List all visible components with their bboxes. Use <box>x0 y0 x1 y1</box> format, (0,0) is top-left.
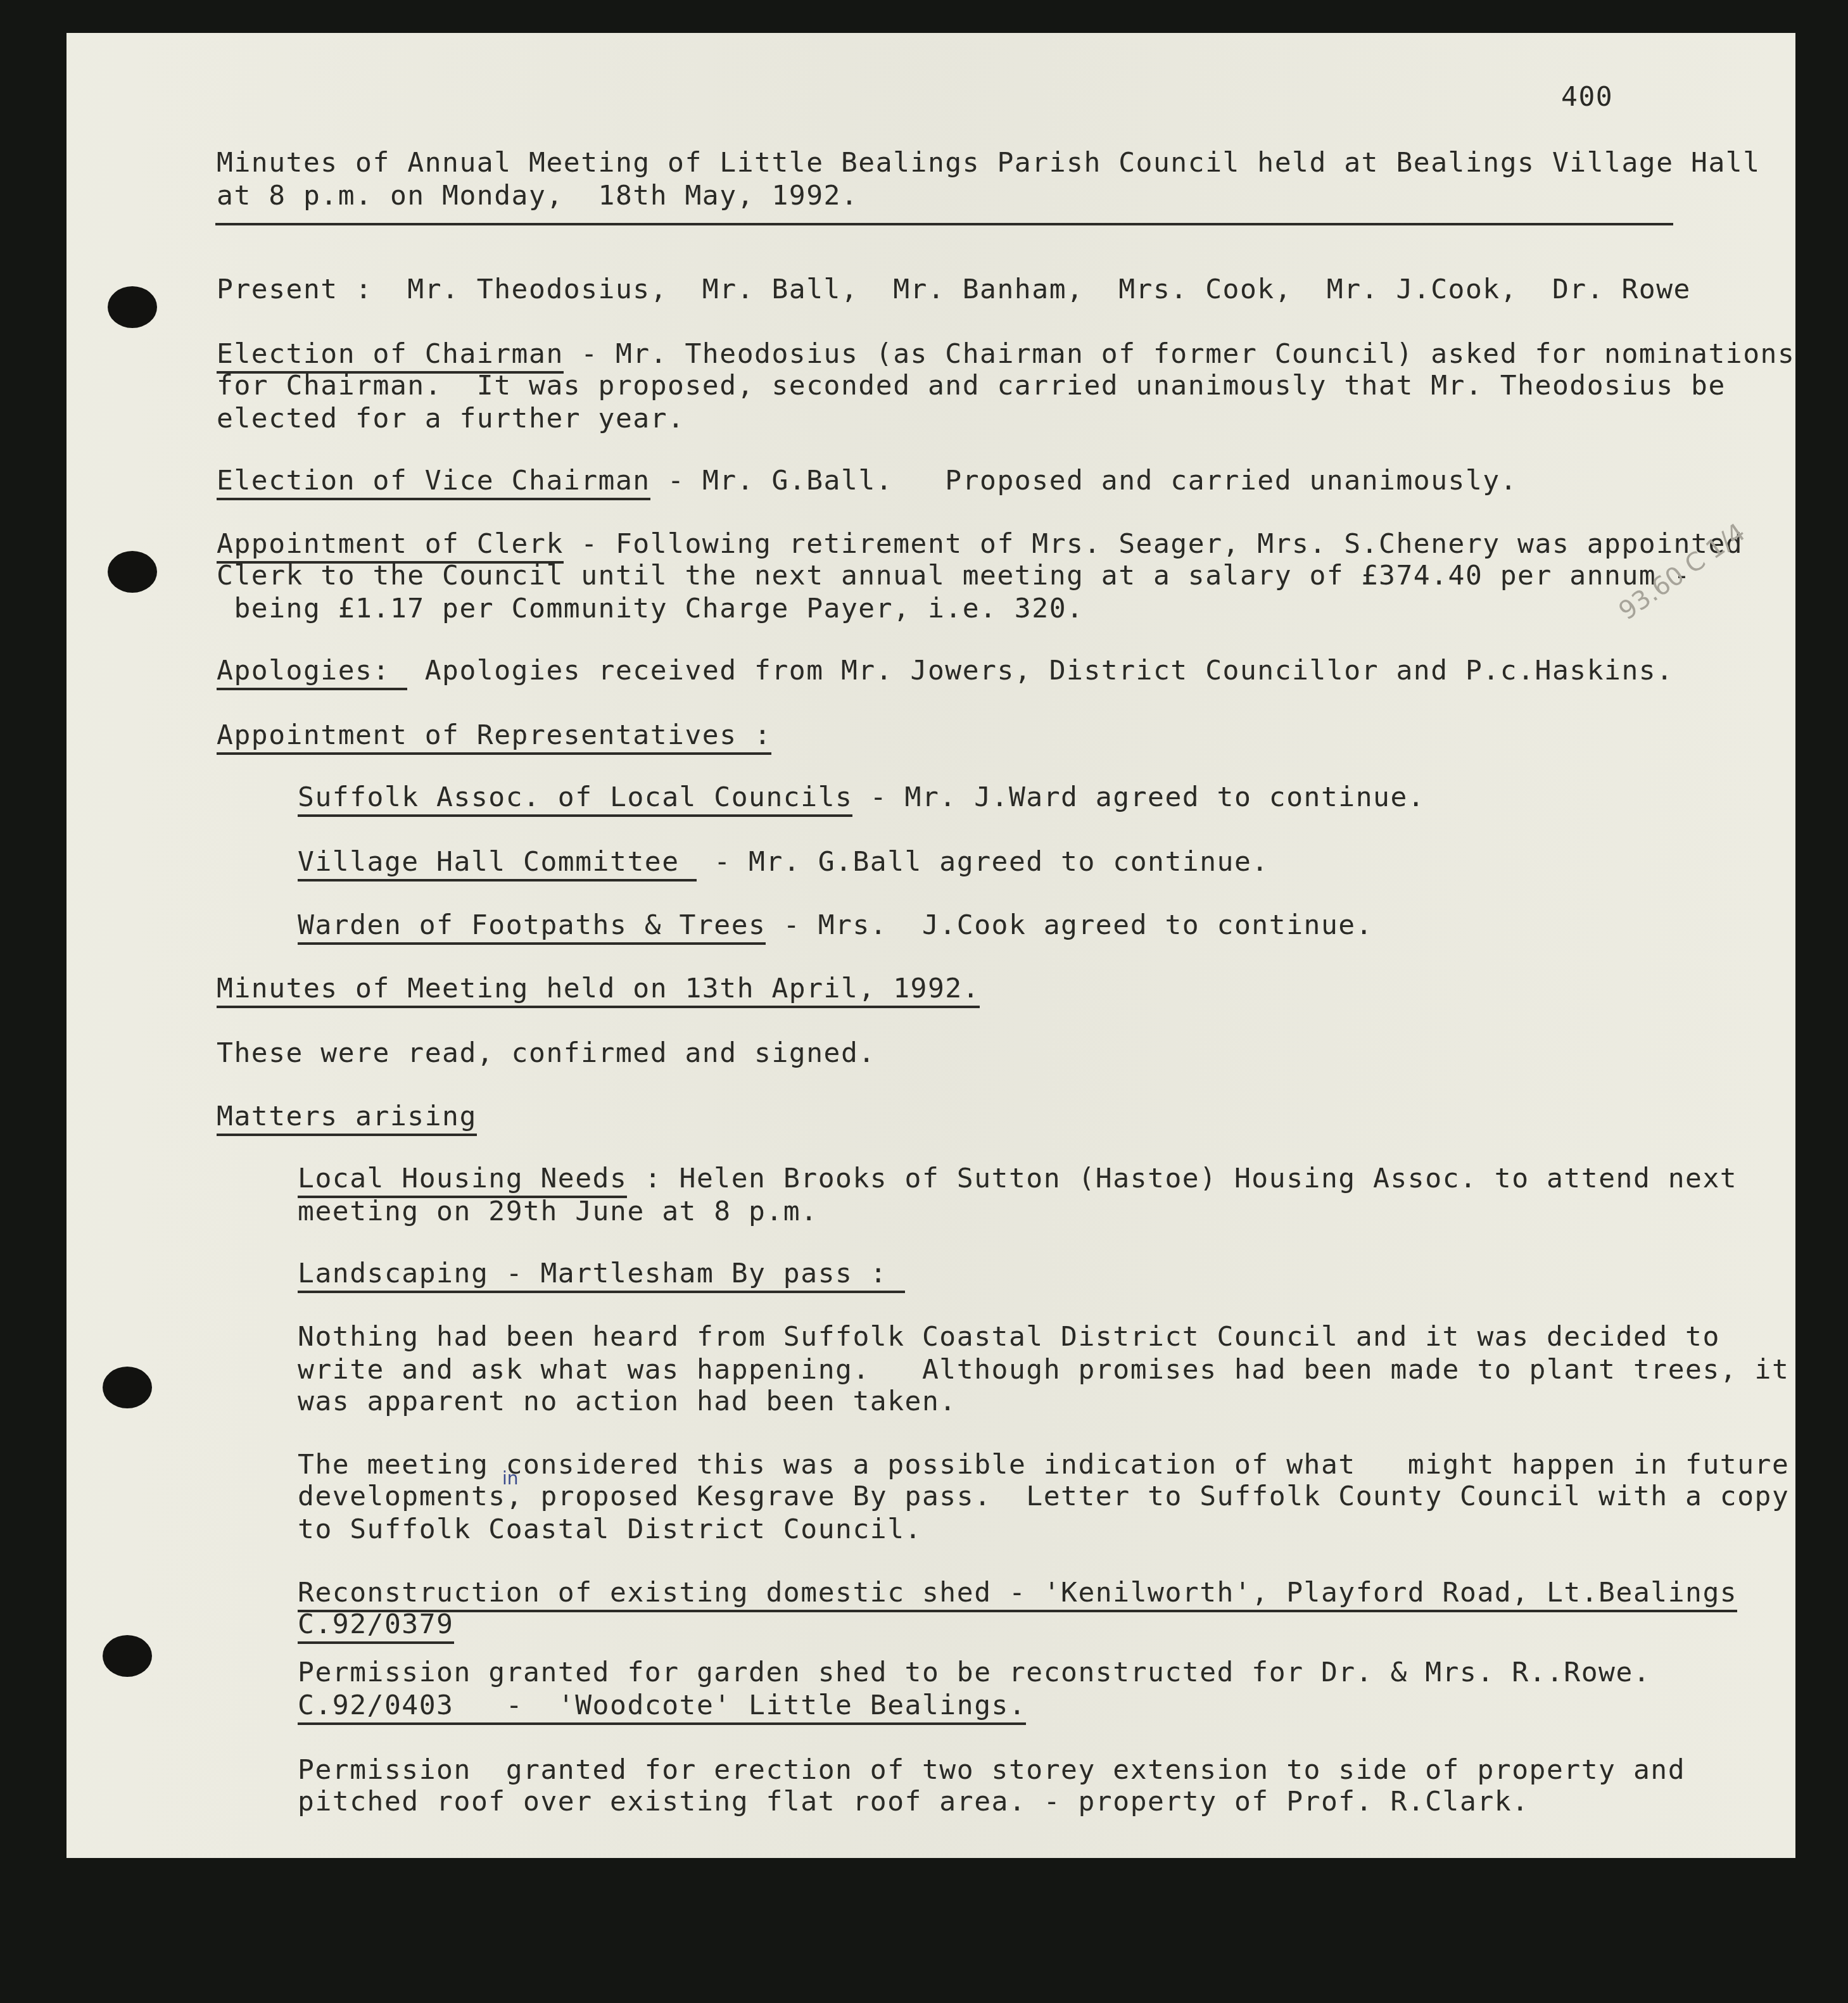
vice-chairman-election: Election of Vice Chairman - Mr. G.Ball. … <box>217 465 1517 497</box>
previous-minutes-text: These were read, confirmed and signed. <box>217 1037 876 1070</box>
planning-ref: C.92/0379 <box>298 1608 454 1641</box>
section-heading: Local Housing Needs <box>298 1163 627 1198</box>
paragraph-line: write and ask what was happening. Althou… <box>298 1354 1789 1386</box>
paragraph-line: Nothing had been heard from Suffolk Coas… <box>298 1321 1720 1353</box>
paragraph-line: developments, proposed Kesgrave By pass.… <box>298 1481 1789 1513</box>
section-heading: Appointment of Clerk <box>217 528 564 564</box>
chairman-election: Election of Chairman - Mr. Theodosius (a… <box>217 338 1795 370</box>
representative-item: Village Hall Committee - Mr. G.Ball agre… <box>298 846 1269 878</box>
paragraph-line: meeting on 29th June at 8 p.m. <box>298 1196 818 1228</box>
representative-item: Warden of Footpaths & Trees - Mrs. J.Coo… <box>298 909 1373 942</box>
punch-hole <box>103 1367 152 1408</box>
matters-arising-heading: Matters arising <box>217 1101 477 1133</box>
title-line-2: at 8 p.m. on Monday, 18th May, 1992. <box>217 180 858 212</box>
punch-hole <box>103 1635 152 1677</box>
clerk-appointment: Appointment of Clerk - Following retirem… <box>217 528 1743 560</box>
paragraph-line: being £1.17 per Community Charge Payer, … <box>217 593 1084 625</box>
paragraph-line: to Suffolk Coastal District Council. <box>298 1513 922 1546</box>
paragraph-line: Clerk to the Council until the next annu… <box>217 560 1691 592</box>
paragraph-line: for Chairman. It was proposed, seconded … <box>217 370 1726 402</box>
representative-item: Suffolk Assoc. of Local Councils - Mr. J… <box>298 781 1425 814</box>
title-rule <box>215 223 1673 225</box>
punch-hole <box>108 286 157 328</box>
apologies: Apologies: Apologies received from Mr. J… <box>217 655 1674 687</box>
section-heading: Election of Chairman <box>217 338 564 374</box>
landscaping-heading: Landscaping - Martlesham By pass : <box>298 1258 905 1290</box>
paragraph-line: was apparent no action had been taken. <box>298 1386 957 1418</box>
section-heading: Apologies: <box>217 655 407 690</box>
page-number: 400 <box>1561 81 1613 113</box>
planning-heading: C.92/0403 - 'Woodcote' Little Bealings. <box>298 1690 1026 1722</box>
previous-minutes-heading: Minutes of Meeting held on 13th April, 1… <box>217 973 980 1005</box>
handwritten-insertion: in <box>502 1468 519 1489</box>
present-list: Present : Mr. Theodosius, Mr. Ball, Mr. … <box>217 274 1691 306</box>
paragraph-line: elected for a further year. <box>217 403 685 435</box>
section-heading: Election of Vice Chairman <box>217 465 650 500</box>
paragraph-line: The meeting considered this was a possib… <box>298 1449 1789 1481</box>
planning-heading: Reconstruction of existing domestic shed… <box>298 1577 1737 1609</box>
paragraph-line: pitched roof over existing flat roof are… <box>298 1786 1529 1818</box>
representatives-heading: Appointment of Representatives : <box>217 719 771 752</box>
paragraph-line: Permission granted for erection of two s… <box>298 1754 1685 1786</box>
paragraph-line: Permission granted for garden shed to be… <box>298 1657 1650 1689</box>
punch-hole <box>108 551 157 593</box>
housing-needs: Local Housing Needs : Helen Brooks of Su… <box>298 1163 1737 1195</box>
title-line-1: Minutes of Annual Meeting of Little Beal… <box>217 147 1761 179</box>
